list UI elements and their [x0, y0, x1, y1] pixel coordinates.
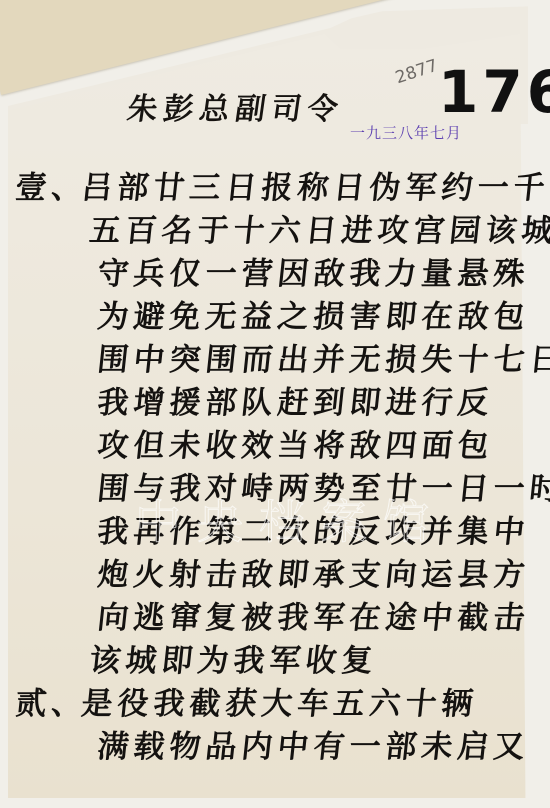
body-line: 守兵仅一营因敌我力量悬殊	[14, 248, 539, 291]
scanned-document-page: 三 · 田 卌 2877 176 朱彭总副司令 一九三八年七月 壹、 吕部廿三日…	[0, 0, 550, 808]
line-text: 该城即为我军收复	[88, 635, 381, 680]
section-marker: 壹、	[14, 162, 91, 207]
document-title: 朱彭总副司令	[125, 84, 347, 128]
body-line: 该城即为我军收复	[14, 635, 539, 678]
line-text: 围中突围而出并无损失十七日	[96, 334, 550, 379]
archive-watermark: 中央档案馆	[135, 486, 445, 552]
line-text: 为避免无益之损害即在敌包	[96, 291, 533, 336]
line-text: 吕部廿三日报称日伪军约一千	[80, 162, 550, 207]
body-line: 炮火射击敌即承支向运县方	[14, 549, 539, 592]
line-text: 守兵仅一营因敌我力量悬殊	[96, 248, 533, 293]
body-line: 我增援部队赶到即进行反	[14, 377, 539, 420]
body-line: 围中突围而出并无损失十七日	[14, 334, 539, 377]
body-line: 贰、 是役我截获大车五六十辆	[14, 678, 539, 721]
folio-number: 176	[438, 58, 550, 126]
body-line: 为避免无益之损害即在敌包	[14, 291, 539, 334]
line-text: 攻但未收效当将敌四面包	[96, 420, 497, 465]
body-line: 满载物品内中有一部未启又	[14, 721, 539, 764]
body-line: 壹、 吕部廿三日报称日伪军约一千	[14, 162, 539, 205]
body-line: 五百名于十六日进攻宫园该城	[14, 205, 539, 248]
document-body: 壹、 吕部廿三日报称日伪军约一千 五百名于十六日进攻宫园该城 守兵仅一营因敌我力…	[16, 162, 536, 764]
line-text: 是役我截获大车五六十辆	[80, 678, 481, 723]
line-text: 向逃窜复被我军在途中截击	[96, 592, 533, 637]
line-text: 炮火射击敌即承支向运县方	[96, 549, 533, 594]
body-line: 向逃窜复被我军在途中截击	[14, 592, 539, 635]
date-stamp: 一九三八年七月	[350, 122, 462, 143]
line-text: 满载物品内中有一部未启又	[96, 721, 533, 766]
line-text: 五百名于十六日进攻宫园该城	[88, 205, 550, 250]
body-line: 攻但未收效当将敌四面包	[14, 420, 539, 463]
line-text: 我增援部队赶到即进行反	[96, 377, 497, 422]
section-marker: 贰、	[14, 678, 91, 723]
